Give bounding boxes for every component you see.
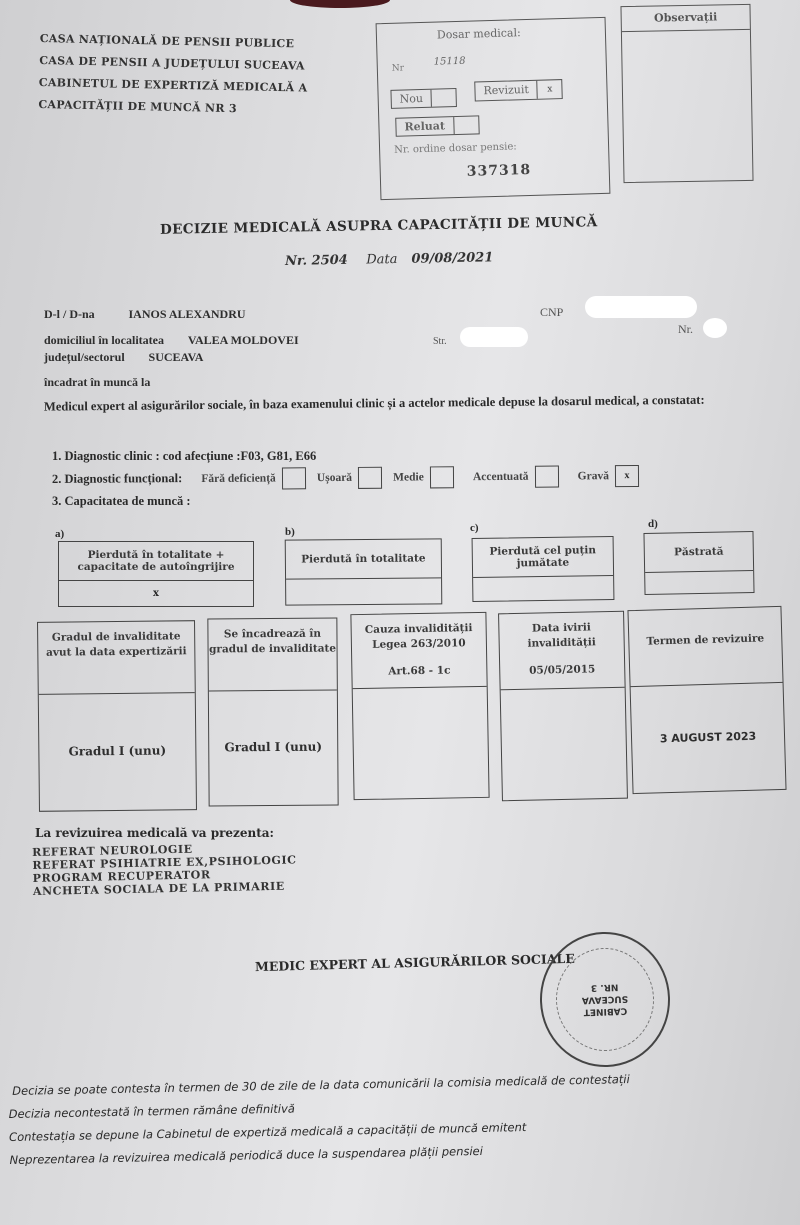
- employer-row: încadrat în muncă la: [44, 375, 150, 390]
- checkbox-reluat-mark[interactable]: [454, 116, 478, 134]
- option-grava-label: Gravă: [578, 470, 609, 482]
- invalidity-onset-value: [501, 688, 627, 799]
- option-grava-checkbox[interactable]: x: [615, 465, 639, 487]
- invalidity-onset-header: Data ivirii invalidității 05/05/2015: [499, 612, 625, 691]
- revision-term-box: Termen de revizuire 3 AUGUST 2023: [627, 606, 786, 794]
- street-label: Str.: [433, 336, 447, 347]
- county-value: SUCEAVA: [149, 350, 204, 364]
- checkbox-nou-label: Nou: [391, 90, 432, 108]
- revision-requirements-title: La revizuirea medicală va prezenta:: [35, 826, 274, 840]
- decision-number-date: Nr. 2504 Data09/08/2021: [285, 250, 508, 269]
- checkbox-revizuit[interactable]: Revizuit x: [474, 79, 563, 101]
- cnp-row: CNP: [540, 305, 563, 320]
- capacity-d-box: Păstrată: [643, 531, 754, 595]
- checkbox-revizuit-label: Revizuit: [475, 81, 538, 101]
- capacity-b-box: Pierdută în totalitate: [285, 538, 443, 605]
- cnp-label: CNP: [540, 305, 563, 319]
- option-fara-deficienta-label: Fără deficiență: [201, 472, 276, 485]
- capacity-heading: 3. Capacitatea de muncă :: [52, 494, 191, 509]
- redacted-street-nr: [703, 318, 727, 338]
- checkbox-nou-mark[interactable]: [432, 89, 456, 107]
- locality-value: VALEA MOLDOVEI: [188, 333, 299, 347]
- invalidity-cause-header: Cauza invalidității Legea 263/2010 Art.6…: [351, 613, 486, 689]
- checkbox-reluat-label: Reluat: [396, 117, 454, 136]
- option-medie-checkbox[interactable]: [430, 466, 454, 488]
- capacity-b-letter: b): [285, 526, 295, 538]
- revision-term-title: Termen de revizuire: [628, 607, 782, 687]
- person-name: IANOS ALEXANDRU: [129, 307, 246, 321]
- street-row: Str.: [433, 334, 447, 347]
- decision-number: Nr. 2504: [285, 253, 348, 269]
- option-accentuata-checkbox[interactable]: [534, 466, 558, 488]
- invalidity-onset-date: 05/05/2015: [500, 662, 624, 680]
- county-row: județul/sectorul SUCEAVA: [44, 350, 203, 365]
- revision-term-value: 3 AUGUST 2023: [631, 683, 786, 791]
- redacted-street: [460, 327, 528, 347]
- street-nr-label: Nr.: [678, 322, 693, 336]
- option-usoara-label: Ușoară: [317, 472, 352, 484]
- nr-row: Nr.: [678, 322, 693, 337]
- capacity-a-box: Pierdută în totalitate + capacitate de a…: [58, 541, 254, 607]
- capacity-a-title: Pierdută în totalitate + capacitate de a…: [59, 542, 253, 581]
- locality-row: domiciliul în localitatea VALEA MOLDOVEI: [44, 333, 299, 348]
- diagnostic-clinic: 1. Diagnostic clinic : cod afecțiune :F0…: [52, 449, 316, 464]
- checkbox-revizuit-mark[interactable]: x: [538, 80, 562, 99]
- invalidity-cause-box: Cauza invalidității Legea 263/2010 Art.6…: [350, 612, 489, 800]
- invalidity-onset-box: Data ivirii invalidității 05/05/2015: [498, 611, 628, 802]
- checkbox-nou[interactable]: Nou: [390, 88, 457, 109]
- capacity-a-letter: a): [55, 528, 64, 540]
- invalidity-classification-title: Se încadrează în gradul de invaliditate: [208, 619, 336, 692]
- employer-label: încadrat în muncă la: [44, 375, 150, 389]
- document-title: DECIZIE MEDICALĂ ASUPRA CAPACITĂȚII DE M…: [160, 214, 598, 238]
- option-usoara-checkbox[interactable]: [358, 467, 382, 489]
- capacity-c-mark[interactable]: [473, 576, 613, 600]
- pension-file-number: 337318: [467, 162, 532, 180]
- checkbox-reluat[interactable]: Reluat: [395, 115, 479, 136]
- option-accentuata-label: Accentuată: [473, 471, 529, 483]
- locality-label: domiciliul în localitatea: [44, 333, 164, 347]
- invalidity-cause-value: [353, 687, 489, 797]
- capacity-d-letter: d): [648, 518, 658, 530]
- invalidity-classification-box: Se încadrează în gradul de invaliditate …: [207, 618, 338, 807]
- medical-file-box: Dosar medical: Nr 15118 Nou Revizuit x R…: [376, 17, 611, 200]
- pension-file-label: Nr. ordine dosar pensie:: [394, 141, 517, 155]
- signature-label: MEDIC EXPERT AL ASIGURĂRILOR SOCIALE: [255, 951, 575, 974]
- capacity-d-mark[interactable]: [645, 571, 753, 593]
- county-label: județul/sectorul: [44, 350, 125, 364]
- name-row: D-l / D-na IANOS ALEXANDRU: [44, 307, 246, 322]
- medical-file-nr-label: Nr: [392, 63, 404, 73]
- diagnostic-functional: 2. Diagnostic funcțional: Fără deficienț…: [52, 465, 647, 491]
- stamp-inner-ring: [554, 946, 656, 1052]
- invalidity-classification-value: Gradul I (unu): [209, 691, 338, 804]
- invalidity-cause-article: Art.68 - 1c: [352, 663, 486, 680]
- capacity-a-mark[interactable]: x: [59, 581, 253, 605]
- dark-object-top: [290, 0, 390, 8]
- institution-header: CASA NAȚIONALĂ DE PENSII PUBLICE CASA DE…: [38, 28, 308, 122]
- diagnostic-functional-label: 2. Diagnostic funcțional:: [52, 471, 182, 486]
- invalidity-cause-title: Cauza invalidității Legea 263/2010: [352, 621, 487, 653]
- invalidity-degree-box: Gradul de invaliditate avut la data expe…: [37, 620, 197, 812]
- option-fara-deficienta-checkbox[interactable]: [282, 467, 306, 489]
- decision-date: 09/08/2021: [411, 250, 493, 266]
- medical-file-title: Dosar medical:: [437, 26, 521, 41]
- redacted-cnp: [585, 296, 697, 318]
- expert-statement: Medicul expert al asigurărilor sociale, …: [44, 391, 744, 415]
- capacity-c-letter: c): [470, 522, 479, 534]
- capacity-c-box: Pierdută cel puțin jumătate: [472, 536, 615, 602]
- legal-notes: Decizia se poate contesta în termen de 3…: [8, 1068, 631, 1172]
- invalidity-onset-title: Data ivirii invalidității: [499, 620, 624, 653]
- name-label: D-l / D-na: [44, 307, 95, 321]
- revision-requirements-list: REFERAT NEUROLOGIE REFERAT PSIHIATRIE EX…: [32, 840, 297, 898]
- date-label: Data: [366, 252, 397, 268]
- medical-file-nr-value: 15118: [434, 56, 466, 68]
- option-medie-label: Medie: [393, 471, 424, 483]
- capacity-b-mark[interactable]: [286, 578, 441, 603]
- invalidity-degree-value: Gradul I (unu): [39, 693, 196, 809]
- observations-title: Observații: [621, 5, 749, 32]
- capacity-d-title: Păstrată: [644, 532, 753, 573]
- invalidity-degree-title: Gradul de invaliditate avut la data expe…: [38, 621, 195, 695]
- capacity-b-title: Pierdută în totalitate: [286, 539, 441, 579]
- observations-box: Observații: [620, 4, 753, 183]
- capacity-c-title: Pierdută cel puțin jumătate: [473, 537, 614, 578]
